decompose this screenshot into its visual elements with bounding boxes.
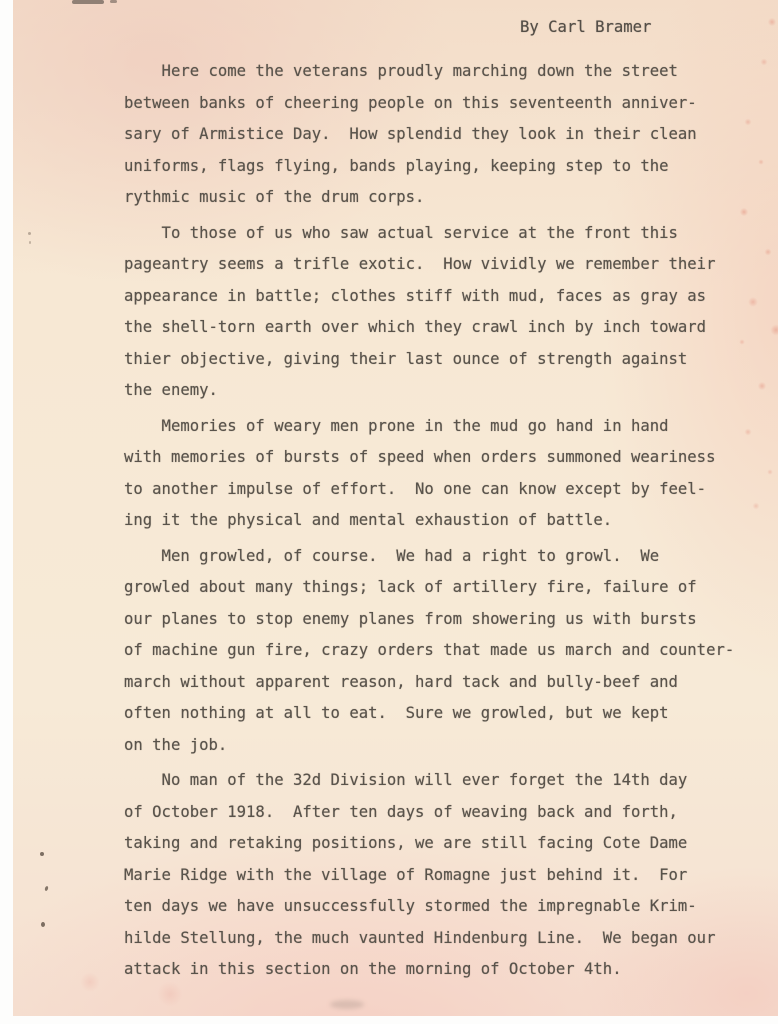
ink-smudge-top-small	[110, 0, 117, 3]
text-line: To those of us who saw actual service at…	[124, 218, 764, 250]
text-line: the shell-torn earth over which they cra…	[124, 312, 764, 344]
text-line: appearance in battle; clothes stiff with…	[124, 281, 764, 313]
text-line: Here come the veterans proudly marching …	[124, 56, 764, 88]
text-line: pageantry seems a trifle exotic. How viv…	[124, 249, 764, 281]
paragraph: No man of the 32d Division will ever for…	[124, 765, 764, 986]
scanned-typewritten-page: By Carl Bramer Here come the veterans pr…	[0, 0, 778, 1024]
text-line: attack in this section on the morning of…	[124, 954, 764, 986]
text-line: Marie Ridge with the village of Romagne …	[124, 860, 764, 892]
text-line: Men growled, of course. We had a right t…	[124, 541, 764, 573]
paragraph: Men growled, of course. We had a right t…	[124, 541, 764, 762]
text-line: between banks of cheering people on this…	[124, 88, 764, 120]
text-line: Memories of weary men prone in the mud g…	[124, 411, 764, 443]
ink-speck	[40, 852, 44, 856]
text-line: on the job.	[124, 730, 764, 762]
text-line: rythmic music of the drum corps.	[124, 182, 764, 214]
scan-edge-bottom	[0, 1016, 778, 1024]
text-line: thier objective, giving their last ounce…	[124, 344, 764, 376]
text-line: of October 1918. After ten days of weavi…	[124, 797, 764, 829]
text-line: sary of Armistice Day. How splendid they…	[124, 119, 764, 151]
ink-smudge-bottom	[330, 1000, 364, 1009]
document-body: Here come the veterans proudly marching …	[124, 56, 764, 990]
paragraph: Memories of weary men prone in the mud g…	[124, 411, 764, 537]
ink-speck	[44, 886, 48, 892]
text-line: ing it the physical and mental exhaustio…	[124, 505, 764, 537]
ink-speck	[29, 241, 31, 244]
text-line: of machine gun fire, crazy orders that m…	[124, 635, 764, 667]
text-line: growled about many things; lack of artil…	[124, 572, 764, 604]
text-line: our planes to stop enemy planes from sho…	[124, 604, 764, 636]
text-line: ten days we have unsuccessfully stormed …	[124, 891, 764, 923]
text-line: the enemy.	[124, 375, 764, 407]
paragraph: Here come the veterans proudly marching …	[124, 56, 764, 214]
ink-smudge-top	[72, 0, 104, 4]
byline: By Carl Bramer	[520, 18, 651, 36]
text-line: taking and retaking positions, we are st…	[124, 828, 764, 860]
scan-edge-left	[0, 0, 13, 1024]
text-line: march without apparent reason, hard tack…	[124, 667, 764, 699]
paragraph: To those of us who saw actual service at…	[124, 218, 764, 407]
text-line: to another impulse of effort. No one can…	[124, 474, 764, 506]
text-line: uniforms, flags flying, bands playing, k…	[124, 151, 764, 183]
ink-speck	[41, 922, 45, 927]
text-line: with memories of bursts of speed when or…	[124, 442, 764, 474]
text-line: hilde Stellung, the much vaunted Hindenb…	[124, 923, 764, 955]
text-line: often nothing at all to eat. Sure we gro…	[124, 698, 764, 730]
text-line: No man of the 32d Division will ever for…	[124, 765, 764, 797]
ink-speck	[28, 232, 31, 235]
